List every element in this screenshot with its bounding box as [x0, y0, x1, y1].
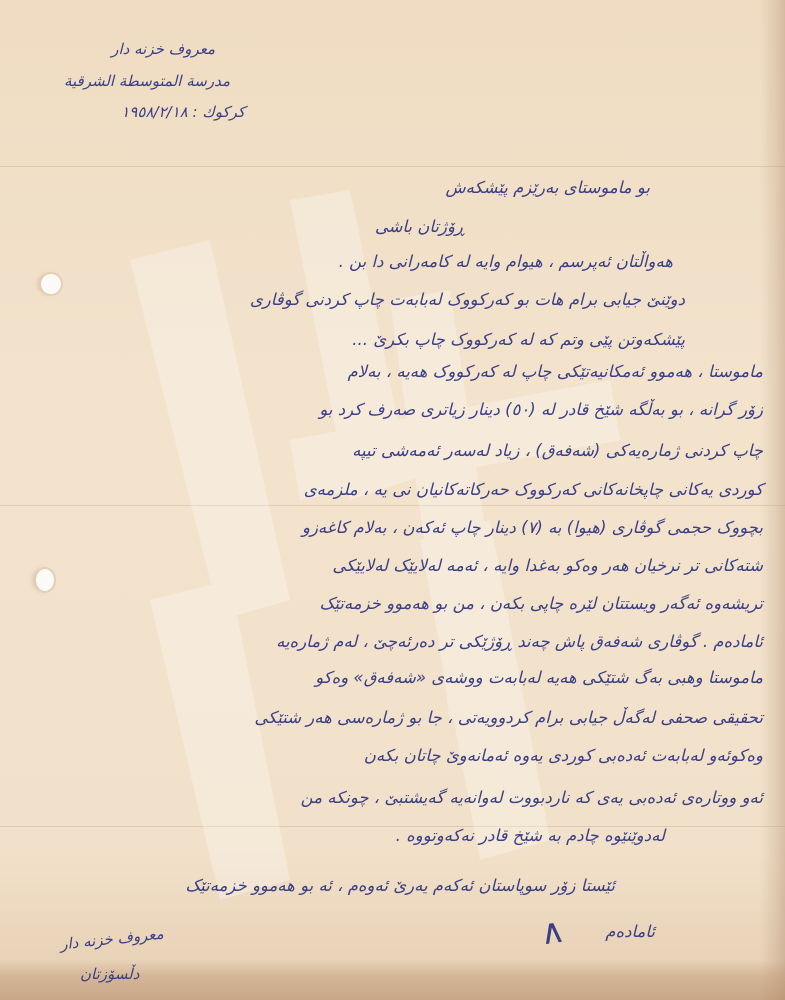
- body-line: ئەو ووتارەی ئەدەبی یەی کە ناردبووت لەوان…: [301, 788, 763, 807]
- body-line: پێشکەوتن پێی وتم کە لە کەرکووک چاپ بکرێ …: [352, 330, 685, 349]
- body-line: کوردی یەکانی چاپخانەکانی کەرکووک حەرکاتە…: [304, 480, 763, 499]
- fold-crease: [0, 166, 785, 167]
- letter-paper: [0, 0, 785, 1000]
- body-line: تحقیقی صحفی لەگەڵ جیابی برام کردوویەتی ،…: [254, 708, 763, 727]
- body-line: بچووک حجمی گوڤاری (هیوا) بە (٧) دینار چا…: [302, 518, 763, 537]
- greeting: ڕۆژتان باشی: [375, 217, 465, 236]
- body-line: دوێنێ جیابی برام هات بو کەرکووک لەبابەت …: [250, 290, 685, 309]
- punch-hole: [41, 274, 61, 294]
- body-line: ماموستا وهبی بەگ شتێکی هەیە لەبابەت ووشە…: [315, 668, 763, 687]
- body-line: هەواڵتان ئەپرسم ، هیوام وایە لە کامەرانی…: [339, 252, 673, 271]
- body-line: تریشەوە ئەگەر ویستتان لێرە چاپی بکەن ، م…: [320, 594, 763, 613]
- addressee: بو ماموستاى بەرێزم پێشکەش: [445, 178, 650, 197]
- school-name: مدرسة المتوسطة الشرقية: [64, 72, 230, 90]
- closing-flourish: ∧: [537, 910, 567, 953]
- body-line: ماموستا ، هەموو ئەمکانیەتێکی چاپ لە کەرک…: [347, 362, 763, 381]
- fold-crease: [0, 505, 785, 506]
- closing-line: ئێستا زۆر سوپاستان ئەکەم یەرێ ئەوەم ، ئە…: [185, 876, 615, 895]
- punch-hole: [36, 569, 54, 591]
- body-line: شتەکانی تر نرخیان هەر وەکو بەغدا وایە ، …: [332, 556, 763, 575]
- body-line: چاپ کردنی ژمارەیەکی (شەفەق) ، زیاد لەسەر…: [352, 441, 763, 460]
- fold-crease: [0, 826, 785, 827]
- closing-ready: ئامادەم: [605, 922, 655, 941]
- body-line: لەدوێنێوە چادم بە شێخ قادر نەکەوتووە .: [396, 826, 665, 845]
- sender-name: معروف خزنه دار: [111, 40, 215, 58]
- body-line: وەکوئەو لەبابەت ئەدەبی کوردی یەوە ئەمانە…: [364, 746, 763, 765]
- valediction: دڵسۆزتان: [80, 965, 139, 983]
- city-date: كركوك : ١٩٥٨/٢/١٨: [121, 103, 245, 121]
- body-line: ئامادەم . گوڤاری شەفەق پاش چەند ڕۆژێکی ت…: [276, 632, 763, 651]
- body-line: زۆر گرانە ، بو بەڵگە شێخ قادر لە (٥٠) دی…: [319, 400, 763, 419]
